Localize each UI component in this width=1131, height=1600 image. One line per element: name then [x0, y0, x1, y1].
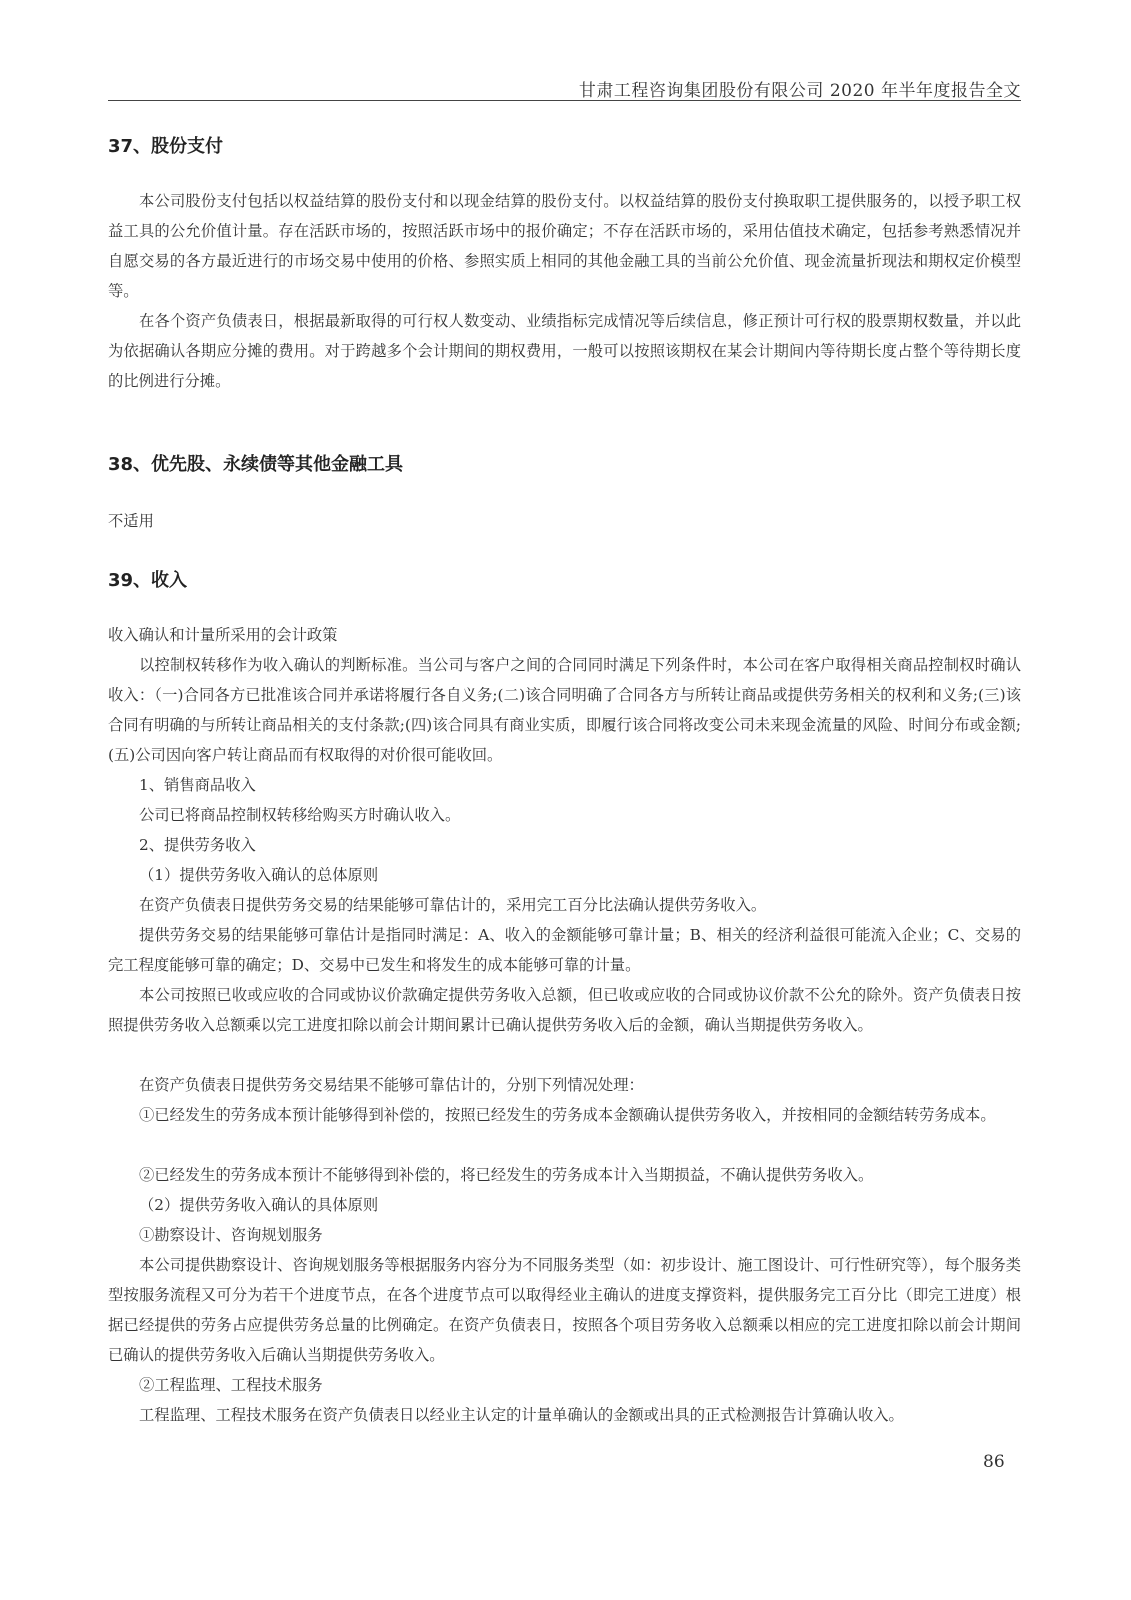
section-37-paragraph-2: 在各个资产负债表日，根据最新取得的可行权人数变动、业绩指标完成情况等后续信息，修… [108, 306, 1021, 396]
item-2-2-a-title: ①勘察设计、咨询规划服务 [139, 1220, 323, 1250]
section-37-paragraph-1: 本公司股份支付包括以权益结算的股份支付和以现金结算的股份支付。以权益结算的股份支… [108, 186, 1021, 306]
item-2-2-b-title: ②工程监理、工程技术服务 [139, 1370, 323, 1400]
item-2-1-paragraph-5: ①已经发生的劳务成本预计能够得到补偿的，按照已经发生的劳务成本金额确认提供劳务收… [108, 1100, 1021, 1130]
item-2-2-a-body: 本公司提供勘察设计、咨询规划服务等根据服务内容分为不同服务类型（如：初步设计、施… [108, 1250, 1021, 1370]
section-39-subtitle: 收入确认和计量所采用的会计政策 [108, 620, 337, 650]
item-1-body: 公司已将商品控制权转移给购买方时确认收入。 [139, 800, 460, 830]
item-2-1-paragraph-4: 在资产负债表日提供劳务交易结果不能够可靠估计的，分别下列情况处理： [139, 1070, 644, 1100]
section-37-heading: 37、股份支付 [108, 132, 223, 158]
section-38-body: 不适用 [108, 506, 154, 536]
item-2-1-paragraph-6: ②已经发生的劳务成本预计不能够得到补偿的，将已经发生的劳务成本计入当期损益，不确… [139, 1160, 873, 1190]
section-38-heading: 38、优先股、永续债等其他金融工具 [108, 450, 403, 476]
item-2-1-paragraph-3: 本公司按照已收或应收的合同或协议价款确定提供劳务收入总额，但已收或应收的合同或协… [108, 980, 1021, 1040]
page-header-title: 甘肃工程咨询集团股份有限公司 2020 年半年度报告全文 [579, 76, 1021, 101]
item-2-1-title: （1）提供劳务收入确认的总体原则 [139, 860, 378, 890]
item-2-title: 2、提供劳务收入 [139, 830, 256, 860]
section-39-heading: 39、收入 [108, 566, 187, 592]
section-39-intro: 以控制权转移作为收入确认的判断标准。当公司与客户之间的合同同时满足下列条件时，本… [108, 650, 1021, 770]
item-2-1-paragraph-1: 在资产负债表日提供劳务交易的结果能够可靠估计的，采用完工百分比法确认提供劳务收入… [139, 890, 766, 920]
item-1-title: 1、销售商品收入 [139, 770, 256, 800]
header-divider [108, 100, 1021, 101]
item-2-1-paragraph-2: 提供劳务交易的结果能够可靠估计是指同时满足：A、收入的金额能够可靠计量；B、相关… [108, 920, 1021, 980]
page-number: 86 [983, 1452, 1005, 1472]
item-2-2-b-body: 工程监理、工程技术服务在资产负债表日以经业主认定的计量单确认的金额或出具的正式检… [139, 1400, 904, 1430]
item-2-2-title: （2）提供劳务收入确认的具体原则 [139, 1190, 378, 1220]
